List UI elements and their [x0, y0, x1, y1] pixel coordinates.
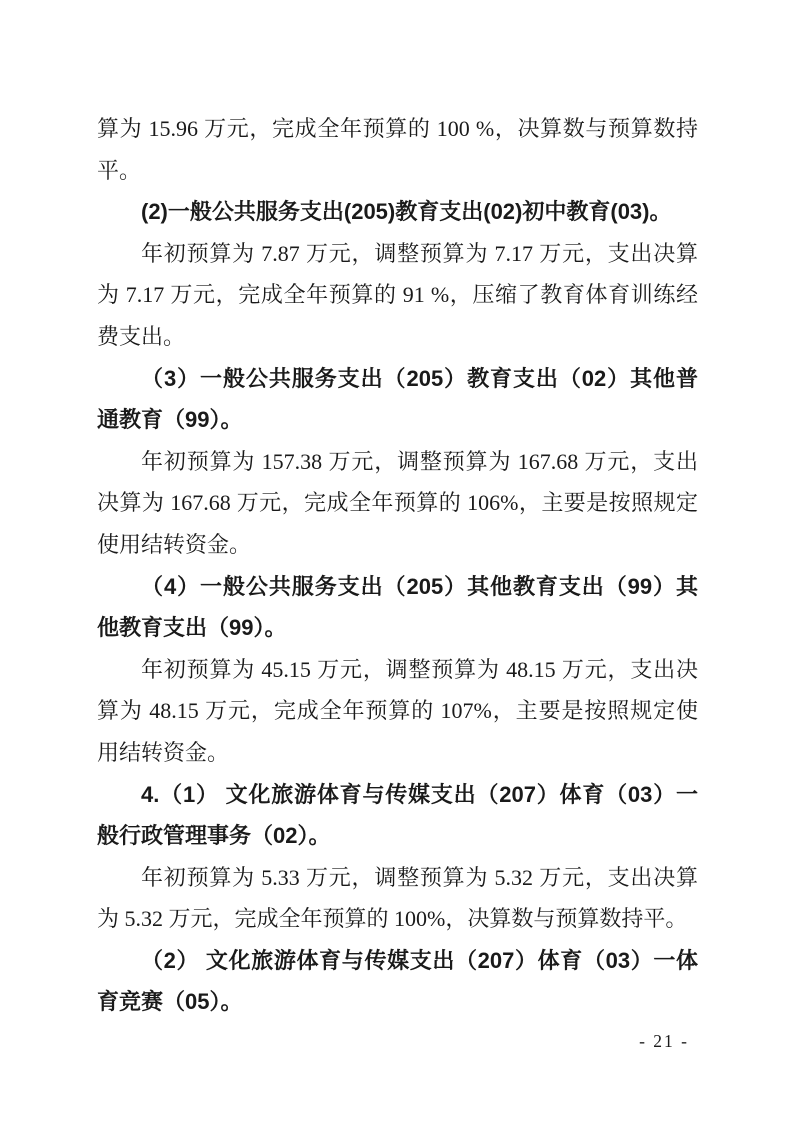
heading-item-4-1-sports-admin-affairs: 4.（1） 文化旅游体育与传媒支出（207）体育（03）一般行政管理事务（02）… — [97, 774, 698, 857]
paragraph-budget-other-general-education: 年初预算为 157.38 万元，调整预算为 167.68 万元，支出决算为 16… — [97, 441, 698, 566]
paragraph-budget-sports-admin-affairs: 年初预算为 5.33 万元，调整预算为 5.32 万元，支出决算为 5.32 万… — [97, 857, 698, 940]
paragraph-budget-junior-education: 年初预算为 7.87 万元，调整预算为 7.17 万元，支出决算为 7.17 万… — [97, 233, 698, 358]
paragraph-budget-other-education-expenditure: 年初预算为 45.15 万元，调整预算为 48.15 万元，支出决算为 48.1… — [97, 649, 698, 774]
heading-item-3-other-general-education: （3）一般公共服务支出（205）教育支出（02）其他普通教育（99）。 — [97, 358, 698, 441]
document-page: 算为 15.96 万元，完成全年预算的 100 %，决算数与预算数持平。 (2)… — [0, 0, 793, 1122]
page-number: - 21 - — [639, 1031, 689, 1052]
heading-item-2-sports-competition: （2） 文化旅游体育与传媒支出（207）体育（03）一体育竞赛（05）。 — [97, 940, 698, 1023]
heading-item-2-junior-education: (2)一般公共服务支出(205)教育支出(02)初中教育(03)。 — [97, 191, 698, 233]
heading-item-4-other-education-expenditure: （4）一般公共服务支出（205）其他教育支出（99）其他教育支出（99）。 — [97, 566, 698, 649]
paragraph-continuation: 算为 15.96 万元，完成全年预算的 100 %，决算数与预算数持平。 — [97, 108, 698, 191]
page-content: 算为 15.96 万元，完成全年预算的 100 %，决算数与预算数持平。 (2)… — [97, 108, 698, 1023]
